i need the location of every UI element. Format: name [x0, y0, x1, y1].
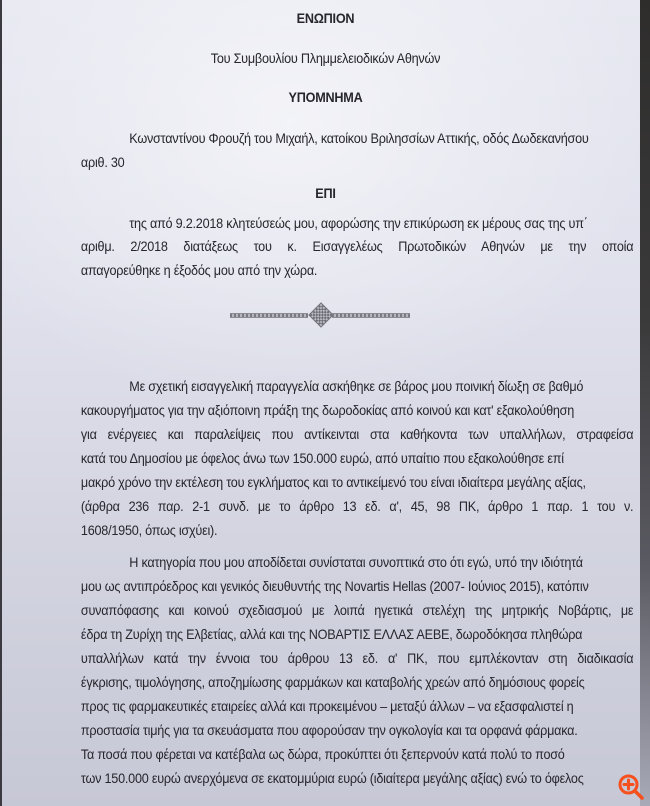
divider-bar-left [230, 313, 308, 318]
divider-diamond-icon [308, 302, 333, 327]
paragraph-1-line: για ενέργειες και παραλείψεις που αντίκε… [81, 427, 633, 442]
paragraph-3-line: Τα ποσά που φέρεται να κατέβαλα ως δώρα,… [81, 747, 565, 762]
paragraph-1-line: 1608/1950, όπως ισχύει). [81, 523, 217, 538]
divider-bar-right [332, 313, 410, 318]
document-photo: ΕΝΩΠΙΟΝ Του Συμβουλίου Πλημμελειοδικών Α… [0, 0, 650, 806]
epi-heading: ΕΠΙ [0, 186, 650, 201]
paragraph-2-line: συναπόφασης και κοινού σχεδιασμού με λοι… [81, 603, 633, 618]
paragraph-2-line: προς τις φαρμακευτικές εταιρείες αλλά κα… [81, 699, 574, 714]
header-court: Του Συμβουλίου Πλημμελειοδικών Αθηνών [0, 51, 650, 66]
paragraph-1-line: Με σχετική εισαγγελική παραγγελία ασκήθη… [129, 379, 583, 394]
header-before: ΕΝΩΠΙΟΝ [0, 11, 650, 26]
paragraph-1-line: μακρό χρόνο την εκτέλεση του εγκλήματος … [81, 475, 586, 490]
header-doc-type: ΥΠΟΜΝΗΜΑ [0, 90, 650, 105]
subject-line-1: της από 9.2.2018 κλητεύσεώς μου, αφορώση… [129, 216, 587, 231]
petitioner-line-1: Κωνσταντίνου Φρουζή του Μιχαήλ, κατοίκου… [129, 131, 588, 146]
paragraph-1-line: κακουργήματος για την αξιόποινη πράξη τη… [81, 403, 574, 418]
zoom-in-icon[interactable] [617, 773, 645, 801]
paragraph-2-line: προστασία τιμής για τα σκευάσματα που αφ… [81, 723, 578, 738]
paragraph-2-line: υπαλλήλων κατά την έννοια του άρθρου 13 … [81, 651, 633, 666]
petitioner-line-2: αριθ. 30 [81, 155, 125, 170]
paragraph-2-line: Η κατηγορία που μου αποδίδεται συνίστατα… [129, 555, 583, 570]
paragraph-1-line: (άρθρα 236 παρ. 2-1 συνδ. με το άρθρο 13… [81, 499, 633, 514]
right-background-edge [640, 0, 650, 806]
paragraph-3-line: των 150.000 ευρώ ανερχόμενα σε εκατομμύρ… [81, 771, 584, 786]
subject-line-2: αριθμ. 2/2018 διατάξεως του κ. Εισαγγελέ… [81, 239, 633, 254]
paragraph-2-line: μου ως αντιπρόεδρος και γενικός διευθυντ… [81, 579, 589, 594]
subject-line-3: απαγορεύθηκε η έξοδός μου από την χώρα. [81, 263, 317, 278]
ornamental-divider [230, 301, 420, 329]
paragraph-1-line: κατά του Δημοσίου με όφελος άνω των 150.… [81, 451, 564, 466]
left-shadow-edge [0, 0, 2, 806]
paragraph-2-line: έδρα τη Ζυρίχη της Ελβετίας, αλλά και τη… [81, 627, 582, 642]
paragraph-2-line: έγκρισης, τιμολόγησης, αποζημίωσης φαρμά… [81, 675, 585, 690]
